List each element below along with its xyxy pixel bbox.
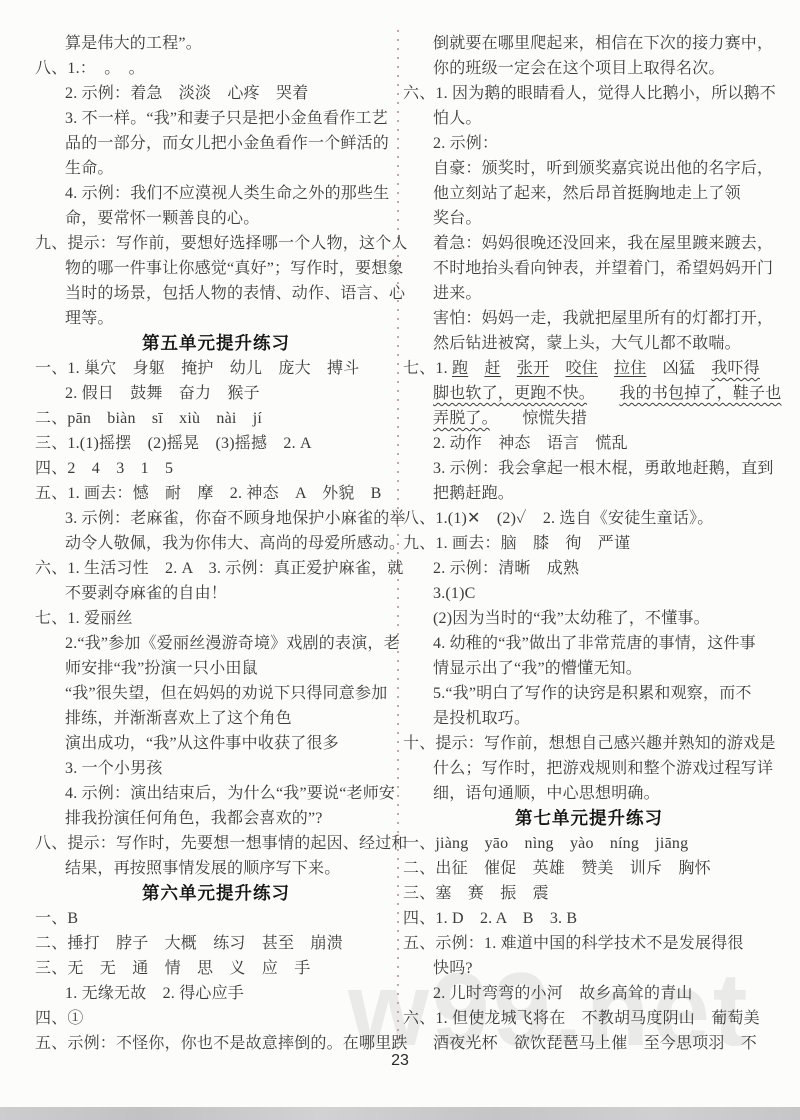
underlined-answer: 咬住 [565,360,597,377]
text-line: 5.“我”明白了写作的诀窍是积累和观察，而不 [403,681,775,706]
text-line: 师安排“我”扮演一只小田鼠 [35,656,397,681]
text-line: 三、无 无 通 情 思 义 应 手 [35,956,397,981]
text-line: 八、提示：写作时，先要想一想事情的起因、经过和 [35,831,397,856]
right-column: 倒就要在哪里爬起来，相信在下次的接力赛中，你的班级一定会在这个项目上取得名次。六… [403,31,775,1056]
text-line: 一、1. 巢穴 身躯 掩护 幼儿 庞大 搏斗 [35,356,397,381]
text-line: 害怕：妈妈一走，我就把屋里所有的灯都打开， [403,306,775,331]
text-line: 2. 动作 神态 语言 慌乱 [403,431,775,456]
text-line: 把鹅赶跑。 [403,481,775,506]
text-line: 一、jiàng yāo nìng yào níng jiāng [403,831,775,856]
text-line: 2. 示例： [403,131,775,156]
text-line: 动令人敬佩，我为你伟大、高尚的母爱所感动。 [35,531,397,556]
text-line: 演出成功，“我”从这件事中收获了很多 [35,731,397,756]
text-line: 当时的场景，包括人物的表情、动作、语言、心 [35,281,397,306]
text-line: 4. 幼稚的“我”做出了非常荒唐的事情，这件事 [403,631,775,656]
text-line: 快吗? [403,956,775,981]
text-line: 六、1. 因为鹅的眼睛看人，觉得人比鹅小，所以鹅不 [403,81,775,106]
answer-text: 惊慌失措 [490,410,587,427]
text-line: 自豪：颁奖时，听到颁奖嘉宾说出他的名字后， [403,156,775,181]
text-line: 六、1. 但使龙城飞将在 不教胡马度阴山 葡萄美 [403,1006,775,1031]
text-line: 八、1.： 。 。 [35,56,397,81]
text-line: 一、B [35,906,397,931]
text-line: 他立刻站了起来，然后昂首挺胸地走上了领 [403,181,775,206]
underlined-answer: 我的书包掉了，鞋子也 [619,385,781,402]
text-line: 脚也软了，更跑不快。 我的书包掉了，鞋子也 [403,381,775,406]
text-line: 2.“我”参加《爱丽丝漫游奇境》戏剧的表演，老 [35,631,397,656]
section-title: 第五单元提升练习 [35,331,397,356]
text-line: 3. 示例：老麻雀，你奋不顾身地保护小麻雀的举 [35,506,397,531]
answer-text: 七、1. [403,360,452,377]
text-line: 2. 示例：着急 淡淡 心疼 哭着 [35,81,397,106]
answer-text [468,360,484,377]
text-line: 四、① [35,1006,397,1031]
text-line: 弄脱了。 惊慌失措 [403,406,775,431]
text-line: 酒夜光杯 欲饮琵琶马上催 至今思项羽 不 [403,1031,775,1056]
answer-text: 凶猛 [646,360,711,377]
text-line: 八、1.(1)✕ (2)✓ 2. 选自《安徒生童话》。 [403,506,775,531]
text-line: 2. 示例：清晰 成熟 [403,556,775,581]
text-line: 是投机取巧。 [403,706,775,731]
text-line: 倒就要在哪里爬起来，相信在下次的接力赛中， [403,31,775,56]
text-line: 三、塞 赛 振 震 [403,881,775,906]
text-line: 你的班级一定会在这个项目上取得名次。 [403,56,775,81]
text-line: (2)因为当时的“我”太幼稚了，不懂事。 [403,606,775,631]
underlined-answer: 跑 [452,360,468,377]
text-line: “我”很失望，但在妈妈的劝说下只得同意参加 [35,681,397,706]
answer-text [587,385,619,402]
text-line: 不时地抬头看向钟表，并望着门，希望妈妈开门 [403,256,775,281]
text-line: 排我扮演任何角色，我都会喜欢的”? [35,806,397,831]
text-line: 2. 假日 鼓舞 奋力 猴子 [35,381,397,406]
text-line: 物的哪一件事让你感觉“真好”；写作时，要想象 [35,256,397,281]
text-line: 1. 无缘无故 2. 得心应手 [35,981,397,1006]
text-line: 四、1. D 2. A B 3. B [403,906,775,931]
section-title: 第七单元提升练习 [403,806,775,831]
text-line: 五、示例：不怪你，你也不是故意摔倒的。在哪里跌 [35,1031,397,1056]
text-line: 情显示出了“我”的懵懂无知。 [403,656,775,681]
text-line: 五、1. 画去：憾 耐 摩 2. 神态 A 外貌 B [35,481,397,506]
text-line: 算是伟大的工程”。 [35,31,397,56]
answer-key-page: w99.net 算是伟大的工程”。八、1.： 。 。2. 示例：着急 淡淡 心疼… [0,0,800,1120]
text-line: 五、示例：1. 难道中国的科学技术不是发展得很 [403,931,775,956]
text-line: 结果，再按照事情发展的顺序写下来。 [35,856,397,881]
answer-text [549,360,565,377]
text-line: 理等。 [35,306,397,331]
text-line: 4. 示例：演出结束后，为什么“我”要说“老师安 [35,781,397,806]
text-line: 奖台。 [403,206,775,231]
text-line: 九、提示：写作前，要想好选择哪一个人物，这个人 [35,231,397,256]
text-line: 然后钻进被窝，蒙上头，大气儿都不敢喘。 [403,331,775,356]
underlined-answer: 脚也软了，更跑不快。 [433,385,587,402]
text-line: 排练，并渐渐喜欢上了这个角色 [35,706,397,731]
left-column: 算是伟大的工程”。八、1.： 。 。2. 示例：着急 淡淡 心疼 哭着3. 不一… [35,31,397,1056]
text-line: 命，要常怀一颗善良的心。 [35,206,397,231]
section-title: 第六单元提升练习 [35,881,397,906]
answer-text [598,360,614,377]
text-line: 2. 儿时弯弯的小河 故乡高耸的青山 [403,981,775,1006]
underlined-answer: 我吓得 [711,360,760,377]
underlined-answer: 赶 [484,360,500,377]
text-line: 细，语句通顺，中心思想明确。 [403,781,775,806]
underlined-answer: 弄脱了。 [433,410,490,427]
text-line: 七、1. 爱丽丝 [35,606,397,631]
text-line: 3. 示例：我会拿起一根木棍，勇敢地赶鹅，直到 [403,456,775,481]
text-line: 3. 不一样。“我”和妻子只是把小金鱼看作工艺 [35,106,397,131]
text-line: 进来。 [403,281,775,306]
text-line: 生命。 [35,156,397,181]
underlined-answer: 拉住 [614,360,646,377]
text-line: 三、1.(1)摇摆 (2)摇晃 (3)摇撼 2. A [35,431,397,456]
text-line: 二、出征 催促 英雄 赞美 训斥 胸怀 [403,856,775,881]
text-line: 六、1. 生活习性 2. A 3. 示例：真正爱护麻雀，就 [35,556,397,581]
text-line: 四、2 4 3 1 5 [35,456,397,481]
text-line: 不要剥夺麻雀的自由！ [35,581,397,606]
text-line: 着急：妈妈很晚还没回来，我在屋里踱来踱去， [403,231,775,256]
text-line: 二、pān biàn sī xiù nài jí [35,406,397,431]
text-line: 九、1. 画去：脑 膝 徇 严谨 [403,531,775,556]
text-line: 十、提示：写作前，想想自己感兴趣并熟知的游戏是 [403,731,775,756]
page-edge-strip [0,1107,800,1120]
text-line: 3. 一个小男孩 [35,756,397,781]
text-line: 七、1. 跑 赶 张开 咬住 拉住 凶猛 我吓得 [403,356,775,381]
text-line: 3.(1)C [403,581,775,606]
text-line: 怕人。 [403,106,775,131]
page-number: 23 [372,1052,428,1070]
text-line: 品的一部分，而女儿把小金鱼看作一个鲜活的 [35,131,397,156]
text-line: 二、捶打 脖子 大概 练习 甚至 崩溃 [35,931,397,956]
answer-text [501,360,517,377]
text-line: 什么；写作时，把游戏规则和整个游戏过程写详 [403,756,775,781]
underlined-answer: 张开 [517,360,549,377]
text-line: 4. 示例：我们不应漠视人类生命之外的那些生 [35,181,397,206]
